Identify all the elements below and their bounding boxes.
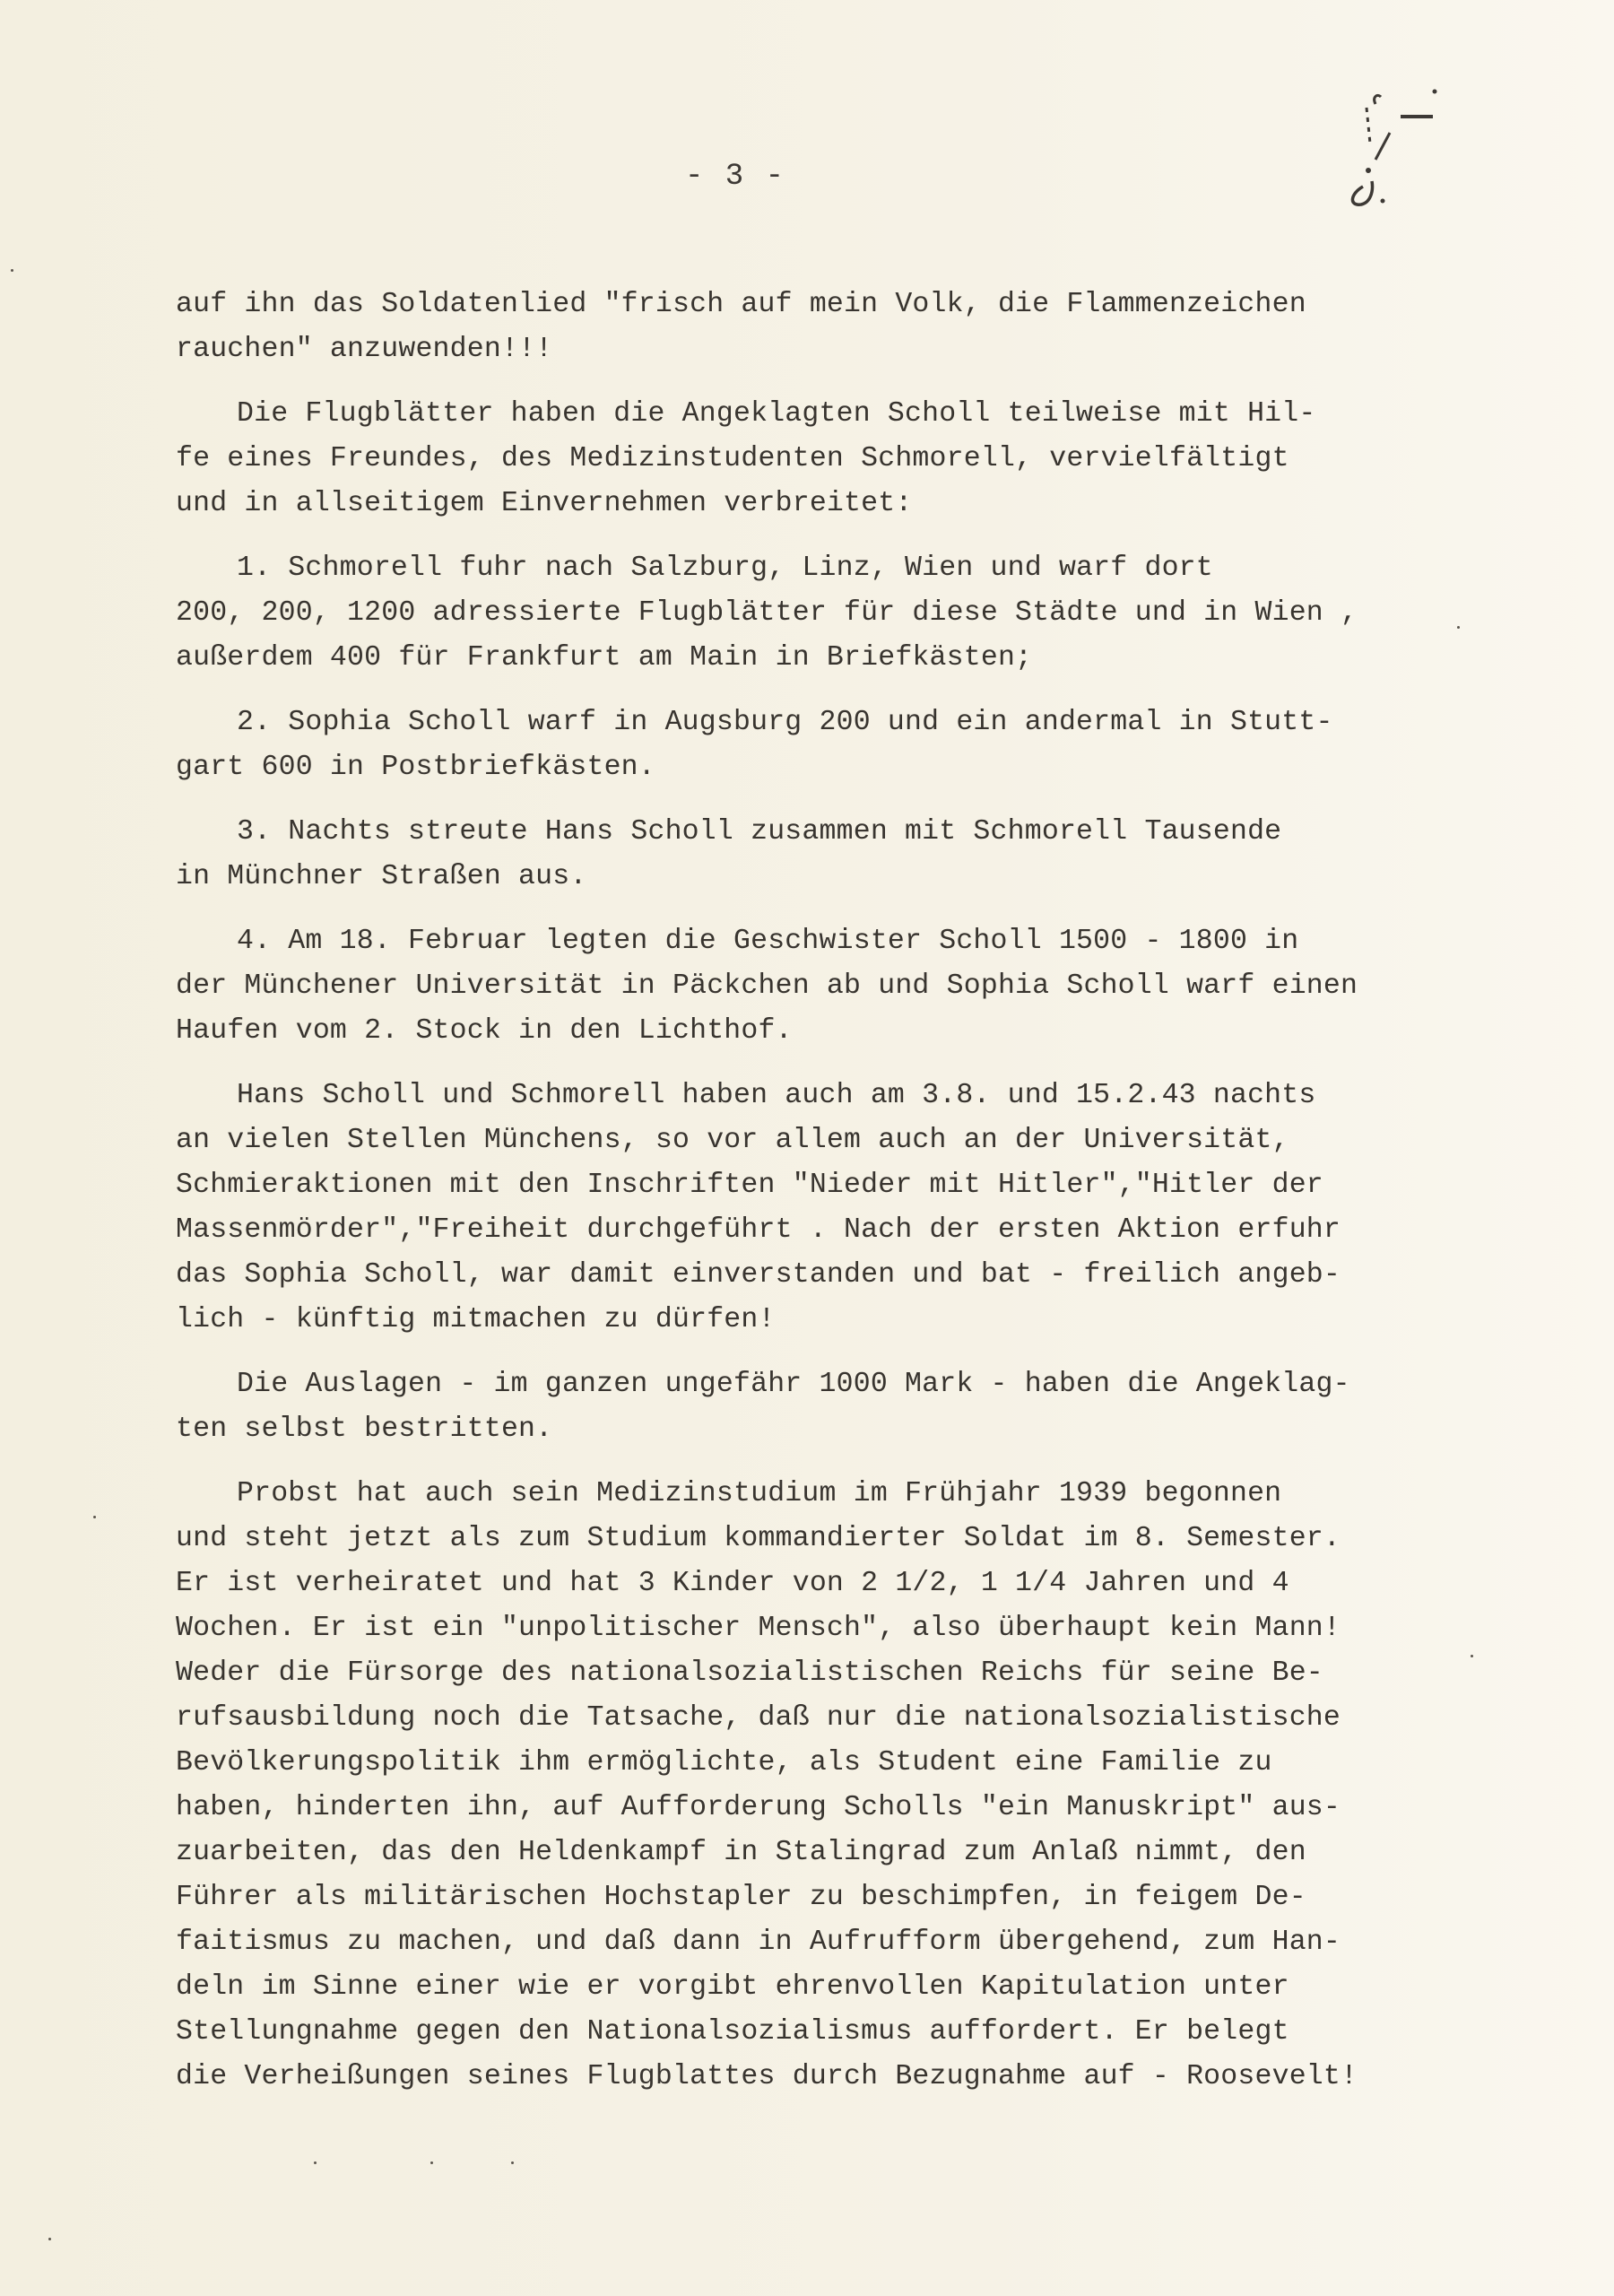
text-line: und in allseitigem Einvernehmen verbreit… [176, 482, 1485, 526]
page-number: - 3 - [0, 160, 1471, 194]
paper-speck [511, 2161, 514, 2164]
text-line: Bevölkerungspolitik ihm ermöglichte, als… [176, 1741, 1485, 1786]
text-line: der Münchener Universität in Päckchen ab… [176, 964, 1485, 1009]
text-line: in Münchner Straßen aus. [176, 855, 1485, 900]
paragraph: Hans Scholl und Schmorell haben auch am … [176, 1074, 1485, 1343]
text-line: 200, 200, 1200 adressierte Flugblätter f… [176, 591, 1485, 636]
text-line: Stellungnahme gegen den Nationalsozialis… [176, 2010, 1485, 2055]
list-item: 1. Schmorell fuhr nach Salzburg, Linz, W… [176, 546, 1485, 681]
paper-speck [11, 269, 13, 272]
text-line: an vielen Stellen Münchens, so vor allem… [176, 1118, 1485, 1163]
paper-speck [430, 2161, 433, 2164]
text-line: außerdem 400 für Frankfurt am Main in Br… [176, 636, 1485, 681]
text-line: auf ihn das Soldatenlied "frisch auf mei… [176, 283, 1485, 327]
text-line: 2. Sophia Scholl warf in Augsburg 200 un… [176, 700, 1485, 745]
text-line: Probst hat auch sein Medizinstudium im F… [176, 1472, 1485, 1517]
paper-speck [1457, 626, 1460, 629]
text-line: 4. Am 18. Februar legten die Geschwister… [176, 919, 1485, 964]
text-line: Massenmörder","Freiheit durchgeführt . N… [176, 1208, 1485, 1253]
list-item: 3. Nachts streute Hans Scholl zusammen m… [176, 810, 1485, 900]
text-line: lich - künftig mitmachen zu dürfen! [176, 1298, 1485, 1343]
text-line: fe eines Freundes, des Medizinstudenten … [176, 437, 1485, 482]
text-line: faitismus zu machen, und daß dann in Auf… [176, 1920, 1485, 1965]
paper-speck [314, 2161, 317, 2164]
text-line: Haufen vom 2. Stock in den Lichthof. [176, 1009, 1485, 1054]
document-page: - 3 - auf ihn das Soldatenlied "frisch a… [0, 0, 1614, 2296]
list-item: 2. Sophia Scholl warf in Augsburg 200 un… [176, 700, 1485, 790]
text-line: Die Auslagen - im ganzen ungefähr 1000 M… [176, 1362, 1485, 1407]
text-line: das Sophia Scholl, war damit einverstand… [176, 1253, 1485, 1298]
text-line: und steht jetzt als zum Studium kommandi… [176, 1517, 1485, 1561]
paragraph: Die Flugblätter haben die Angeklagten Sc… [176, 392, 1485, 526]
handwritten-page-mark-icon [1345, 81, 1453, 215]
text-line: rufsausbildung noch die Tatsache, daß nu… [176, 1696, 1485, 1741]
typewritten-body: auf ihn das Soldatenlied "frisch auf mei… [176, 283, 1485, 2100]
text-line: deln im Sinne einer wie er vorgibt ehren… [176, 1965, 1485, 2010]
text-line: 1. Schmorell fuhr nach Salzburg, Linz, W… [176, 546, 1485, 591]
paragraph: auf ihn das Soldatenlied "frisch auf mei… [176, 283, 1485, 372]
paper-speck [48, 2238, 51, 2240]
text-line: haben, hinderten ihn, auf Aufforderung S… [176, 1786, 1485, 1831]
text-line: Die Flugblätter haben die Angeklagten Sc… [176, 392, 1485, 437]
text-line: Schmieraktionen mit den Inschriften "Nie… [176, 1163, 1485, 1208]
paper-speck [1471, 1655, 1473, 1657]
text-line: zuarbeiten, das den Heldenkampf in Stali… [176, 1831, 1485, 1875]
text-line: Wochen. Er ist ein "unpolitischer Mensch… [176, 1606, 1485, 1651]
text-line: Führer als militärischen Hochstapler zu … [176, 1875, 1485, 1920]
text-line: rauchen" anzuwenden!!! [176, 327, 1485, 372]
list-item: 4. Am 18. Februar legten die Geschwister… [176, 919, 1485, 1054]
text-line: ten selbst bestritten. [176, 1407, 1485, 1452]
text-line: gart 600 in Postbriefkästen. [176, 745, 1485, 790]
text-line: Weder die Fürsorge des nationalsozialist… [176, 1651, 1485, 1696]
paragraph: Die Auslagen - im ganzen ungefähr 1000 M… [176, 1362, 1485, 1452]
text-line: Er ist verheiratet und hat 3 Kinder von … [176, 1561, 1485, 1606]
paragraph: Probst hat auch sein Medizinstudium im F… [176, 1472, 1485, 2100]
text-line: Hans Scholl und Schmorell haben auch am … [176, 1074, 1485, 1118]
paper-speck [93, 1516, 96, 1518]
text-line: 3. Nachts streute Hans Scholl zusammen m… [176, 810, 1485, 855]
text-line: die Verheißungen seines Flugblattes durc… [176, 2055, 1485, 2100]
